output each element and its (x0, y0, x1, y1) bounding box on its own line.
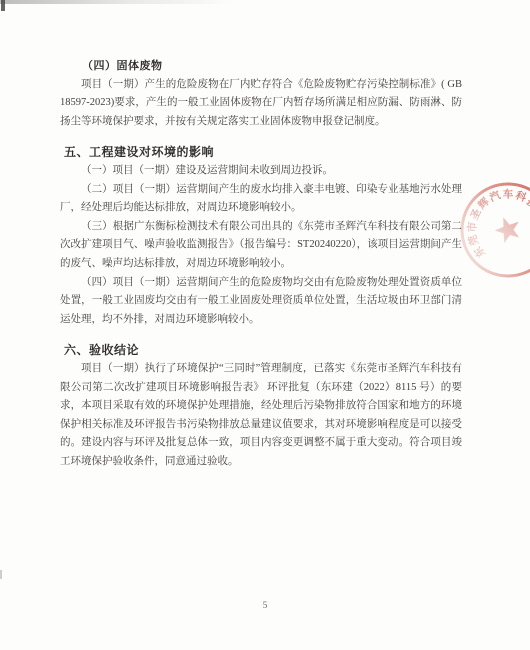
section-heading: 五、工程建设对环境的影响 (60, 143, 462, 162)
page-number: 5 (0, 601, 530, 611)
seal-character: 辉 (475, 195, 492, 212)
document-body: （四）固体废物项目（一期）产生的危险废物在厂内贮存符合《危险废物贮存污染控制标准… (60, 57, 462, 471)
paragraph: 项目（一期）执行了环境保护“三同时”管理制度，已落实《东莞市圣辉汽车科技有限公司… (60, 360, 462, 472)
scan-artifact-corner-mark (1, 0, 5, 11)
seal-character: 技 (523, 195, 530, 213)
seal-text-ring: 东莞市圣辉汽车科技有限公司 (465, 188, 530, 261)
paragraph: 项目（一期）产生的危险废物在厂内贮存符合《危险废物贮存污染控制标准》( GB 1… (60, 76, 462, 132)
paragraph: （一）项目（一期）建设及运营期间未收到周边投诉。 (60, 162, 462, 181)
section-heading: 六、验收结论 (60, 341, 462, 360)
seal-character: 市 (465, 221, 479, 233)
seal-character: 东 (471, 244, 488, 261)
paragraph: （二）项目（一期）运营期间产生的废水均排入豪丰电镀、印染专业基地污水处理厂，经处… (60, 181, 462, 218)
document-page: （四）固体废物项目（一期）产生的危险废物在厂内贮存符合《危险废物贮存污染控制标准… (0, 0, 530, 650)
scan-artifact-top-smudge (0, 0, 235, 4)
scan-artifact-left-edge-mark (0, 570, 2, 579)
seal-character: 汽 (487, 188, 503, 204)
star-icon (491, 213, 523, 245)
seal-character: 科 (513, 188, 529, 204)
paragraph: （三）根据广东衡标检测技术有限公司出具的《东莞市圣辉汽车科技有限公司第二次改扩建… (60, 218, 462, 274)
section-heading: （四）固体废物 (60, 57, 462, 76)
seal-character: 莞 (466, 233, 482, 247)
paragraph: （四）项目（一期）运营期间产生的危险废物均交由有危险废物处理处置资质单位处置，一… (60, 274, 462, 330)
seal-character: 圣 (467, 206, 484, 222)
seal-ring-border (462, 184, 530, 276)
seal-character: 车 (503, 188, 514, 201)
